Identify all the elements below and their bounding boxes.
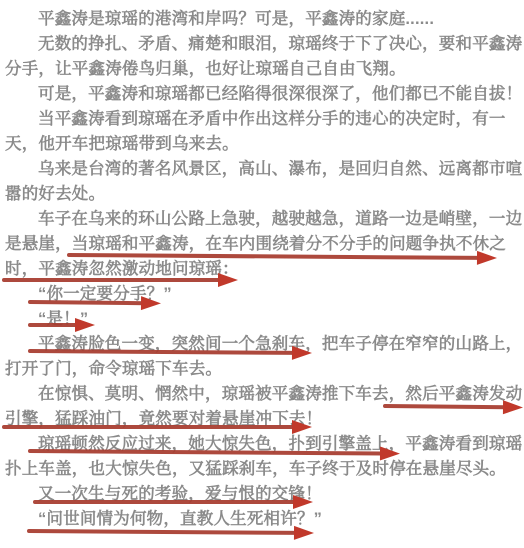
text-line: “问世间情为何物，直教人生死相许？” <box>5 507 524 532</box>
text-line: 扑上车盖，也大惊失色，又猛踩刹车，车子终于及时停在悬崖尽头。 <box>5 457 524 482</box>
text-line: “是！” <box>5 307 524 332</box>
text-line: 平鑫涛是琼瑶的港湾和岸吗？可是，平鑫涛的家庭...... <box>5 7 524 32</box>
text-line: 琼瑶顿然反应过来，她大惊失色，扑到引擎盖上，平鑫涛看到琼瑶 <box>5 432 524 457</box>
text-line: 当平鑫涛看到琼瑶在矛盾中作出这样分手的违心的决定时，有一 <box>5 107 524 132</box>
text-line: 引擎，猛踩油门，竟然要对着悬崖冲下去！ <box>5 407 524 432</box>
article-text: 平鑫涛是琼瑶的港湾和岸吗？可是，平鑫涛的家庭...... 无数的挣扎、矛盾、痛楚… <box>0 0 524 548</box>
text-line: 平鑫涛脸色一变，突然间一个急刹车，把车子停在窄窄的山路上， <box>5 332 524 357</box>
text-line: 是悬崖，当琼瑶和平鑫涛，在车内围绕着分不分手的问题争执不休之 <box>5 232 524 257</box>
text-line: 无数的挣扎、矛盾、痛楚和眼泪，琼瑶终于下了决心，要和平鑫涛 <box>5 32 524 57</box>
text-line: 嚣的好去处。 <box>5 182 524 207</box>
text-line: 车子在乌来的环山公路上急驶，越驶越急，道路一边是峭壁，一边 <box>5 207 524 232</box>
text-line: 打开了门，命令琼瑶下车去。 <box>5 357 524 382</box>
text-line: “你一定要分手？” <box>5 282 524 307</box>
text-line: 乌来是台湾的著名风景区，高山、瀑布，是回归自然、远离都市喧 <box>5 157 524 182</box>
text-line: 在惊惧、莫明、惘然中，琼瑶被平鑫涛推下车去，然后平鑫涛发动 <box>5 382 524 407</box>
text-line: 天，他开车把琼瑶带到乌来去。 <box>5 132 524 157</box>
text-line: 时，平鑫涛忽然激动地问琼瑶： <box>5 257 524 282</box>
text-line: 分手，让平鑫涛倦鸟归巢，也好让琼瑶自己自由飞翔。 <box>5 57 524 82</box>
text-line: 又一次生与死的考验，爱与恨的交锋！ <box>5 482 524 507</box>
text-line: 可是，平鑫涛和琼瑶都已经陷得很深很深了，他们都已不能自拔！ <box>5 82 524 107</box>
